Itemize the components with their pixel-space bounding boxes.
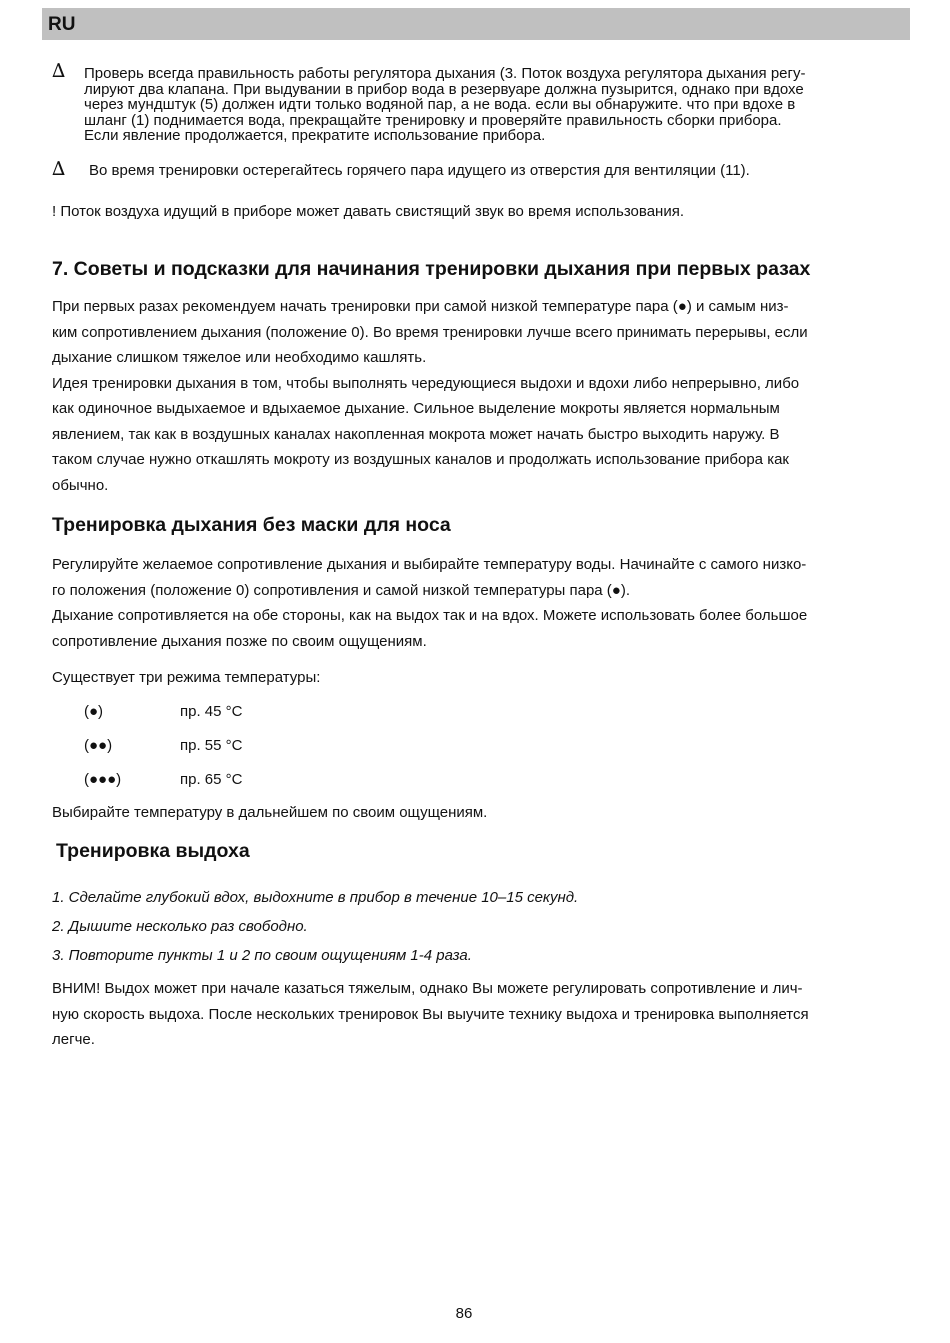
attention-text: ВНИМ! Выдох может при начале казаться тя…: [52, 976, 912, 1053]
no-mask-title: Тренировка дыхания без маски для носа: [52, 514, 451, 537]
mode-temp: пр. 45 °C: [180, 703, 242, 720]
language-code: RU: [48, 14, 75, 36]
text-line: легче.: [52, 1027, 912, 1053]
text-line: явлением, так как в воздушных каналах на…: [52, 422, 912, 448]
text-line: лируют два клапана. При выдувании в приб…: [84, 82, 914, 98]
text-line: обычно.: [52, 473, 912, 499]
section-7-title: 7. Советы и подсказки для начинания трен…: [52, 258, 810, 281]
text-line: Проверь всегда правильность работы регул…: [84, 66, 914, 82]
modes-intro: Существует три режима температуры:: [52, 669, 320, 686]
no-mask-body: Регулируйте желаемое сопротивление дыхан…: [52, 552, 912, 654]
exhale-step: 2. Дышите несколько раз свободно.: [52, 918, 308, 935]
section-7-body: При первых разах рекомендуем начать трен…: [52, 294, 912, 498]
warning-triangle-icon: ∆: [52, 60, 65, 82]
text-line: ким сопротивлением дыхания (положение 0)…: [52, 320, 912, 346]
warning-2-text: Во время тренировки остерегайтесь горяче…: [89, 162, 750, 179]
text-line: шланг (1) поднимается вода, прекращайте …: [84, 113, 914, 129]
mode-symbol: (●): [84, 703, 103, 720]
warning-triangle-icon: ∆: [52, 158, 65, 180]
text-line: дыхание слишком тяжелое или необходимо к…: [52, 345, 912, 371]
text-line: Идея тренировки дыхания в том, чтобы вып…: [52, 371, 912, 397]
mode-symbol: (●●●): [84, 771, 121, 788]
text-line: ную скорость выдоха. После нескольких тр…: [52, 1002, 912, 1028]
text-line: го положения (положение 0) сопротивления…: [52, 578, 912, 604]
warning-1-text: Проверь всегда правильность работы регул…: [84, 66, 914, 144]
text-line: Если явление продолжается, прекратите ис…: [84, 128, 914, 144]
note-text: ! Поток воздуха идущий в приборе может д…: [52, 203, 684, 220]
text-line: Дыхание сопротивляется на обе стороны, к…: [52, 603, 912, 629]
exhale-step: 3. Повторите пункты 1 и 2 по своим ощуще…: [52, 947, 472, 964]
text-line: ВНИМ! Выдох может при начале казаться тя…: [52, 976, 912, 1002]
text-line: При первых разах рекомендуем начать трен…: [52, 294, 912, 320]
mode-temp: пр. 55 °C: [180, 737, 242, 754]
language-header: RU: [42, 8, 910, 40]
text-line: таком случае нужно откашлять мокроту из …: [52, 447, 912, 473]
mode-temp: пр. 65 °C: [180, 771, 242, 788]
exhale-title: Тренировка выдоха: [56, 840, 250, 863]
text-line: как одиночное выдыхаемое и вдыхаемое дых…: [52, 396, 912, 422]
text-line: Регулируйте желаемое сопротивление дыхан…: [52, 552, 912, 578]
page-number: 86: [0, 1305, 928, 1322]
modes-outro: Выбирайте температуру в дальнейшем по св…: [52, 804, 487, 821]
text-line: сопротивление дыхания позже по своим ощу…: [52, 629, 912, 655]
text-line: через мундштук (5) должен идти только во…: [84, 97, 914, 113]
exhale-step: 1. Сделайте глубокий вдох, выдохните в п…: [52, 889, 578, 906]
mode-symbol: (●●): [84, 737, 112, 754]
